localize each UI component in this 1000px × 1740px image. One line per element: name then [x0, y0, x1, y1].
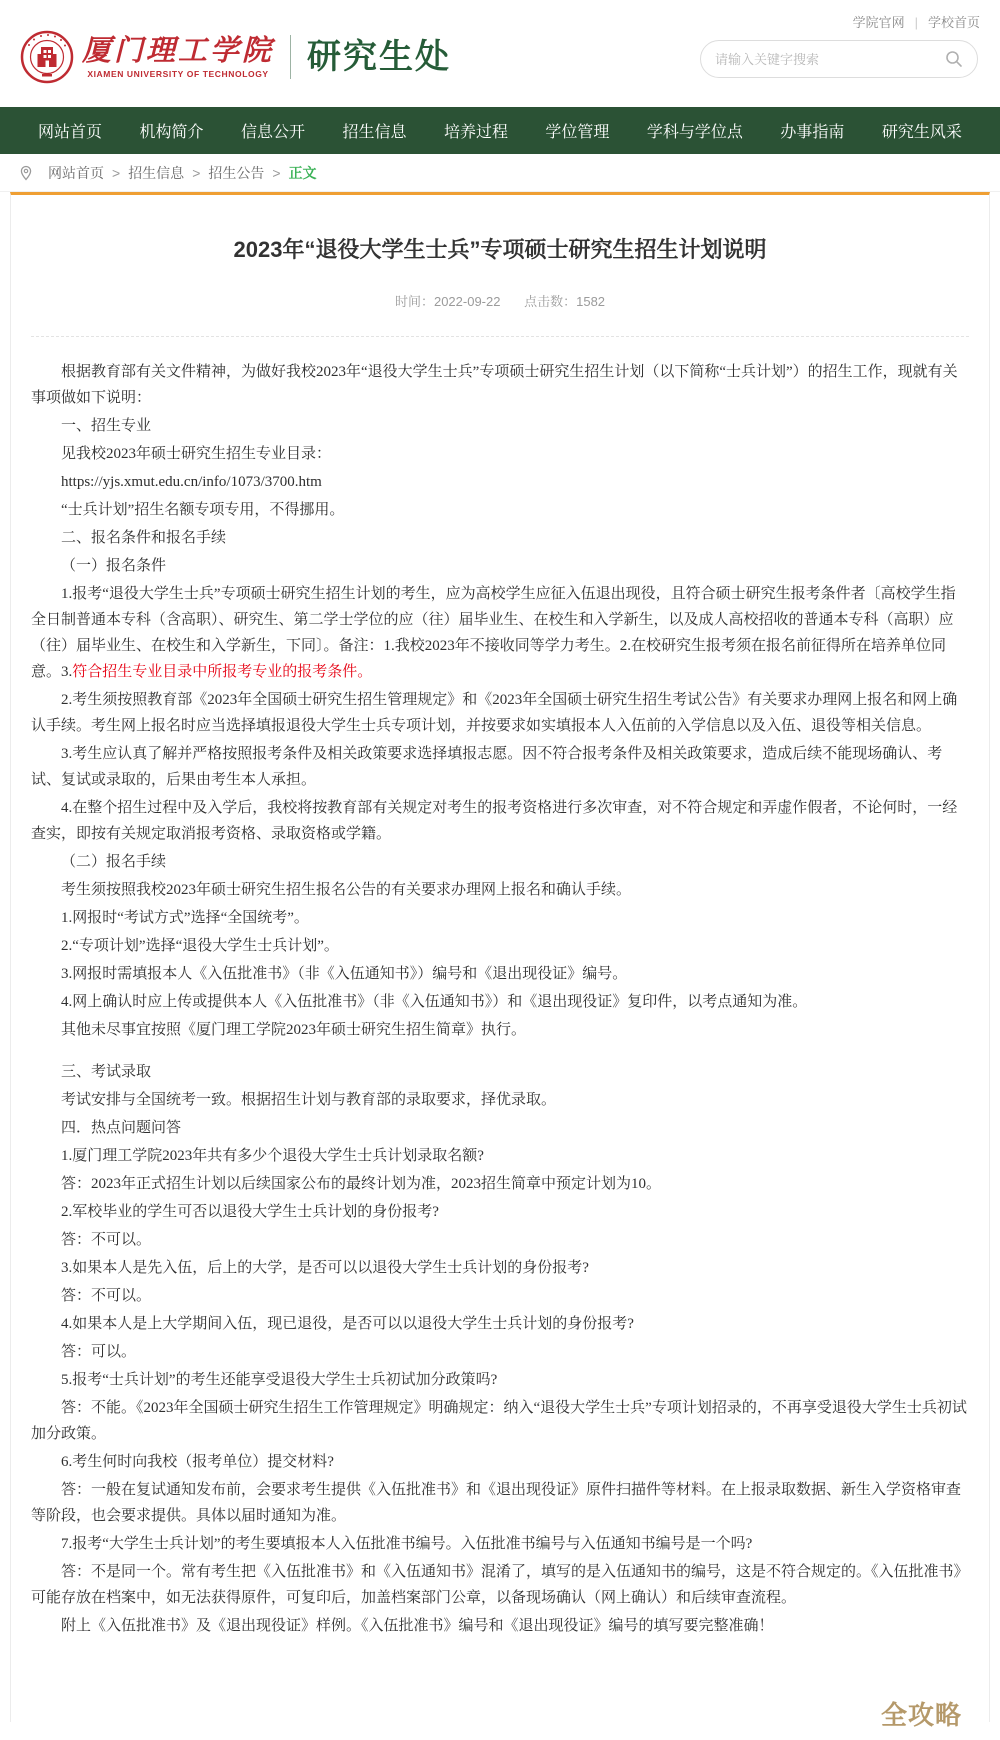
breadcrumb-link[interactable]: 招生信息	[128, 165, 184, 181]
article-paragraph: 6.考生何时向我校（报考单位）提交材料?	[31, 1449, 969, 1475]
highlighted-red-text: 符合招生专业目录中所报考专业的报考条件。	[72, 664, 372, 680]
article-paragraph: 三、考试录取	[31, 1059, 969, 1085]
article-paragraph: 根据教育部有关文件精神，为做好我校2023年“退役大学生士兵”专项硕士研究生招生…	[31, 359, 969, 411]
article-paragraph: 附上《入伍批准书》及《退出现役证》样例。《入伍批准书》编号和《退出现役证》编号的…	[31, 1613, 969, 1639]
search-icon[interactable]	[945, 50, 963, 68]
breadcrumb-trail: 网站首页>招生信息>招生公告>正文	[48, 163, 317, 183]
nav-item[interactable]: 招生信息	[342, 119, 406, 142]
breadcrumb-separator: >	[112, 165, 120, 181]
article-meta: 时间：2022-09-22 点击数：1582	[31, 291, 969, 310]
article-paragraph: 4.在整个招生过程中及入学后，我校将按教育部有关规定对考生的报考资格进行多次审查…	[31, 795, 969, 847]
article-paragraph: 3.如果本人是先入伍，后上的大学，是否可以以退役大学生士兵计划的身份报考?	[31, 1255, 969, 1281]
article-body: 根据教育部有关文件精神，为做好我校2023年“退役大学生士兵”专项硕士研究生招生…	[31, 351, 969, 1639]
search-box[interactable]	[700, 40, 978, 78]
article-paragraph: 答：一般在复试通知发布前，会要求考生提供《入伍批准书》和《退出现役证》原件扫描件…	[31, 1477, 969, 1529]
article-paragraph: 1.报考“退役大学生士兵”专项硕士研究生招生计划的考生，应为高校学生应征入伍退出…	[31, 581, 969, 685]
breadcrumb-current: 正文	[289, 165, 317, 181]
article-paragraph: https://yjs.xmut.edu.cn/info/1073/3700.h…	[31, 469, 969, 495]
watermark-badge: 全攻略	[881, 1695, 962, 1732]
article-paragraph: 2.“专项计划”选择“退役大学生士兵计划”。	[31, 933, 969, 959]
nav-item[interactable]: 信息公开	[241, 119, 305, 142]
article-paragraph: 2.考生须按照教育部《2023年全国硕士研究生招生管理规定》和《2023年全国硕…	[31, 687, 969, 739]
article-paragraph: 4.如果本人是上大学期间入伍，现已退役，是否可以以退役大学生士兵计划的身份报考?	[31, 1311, 969, 1337]
article-paragraph: 二、报名条件和报名手续	[31, 525, 969, 551]
breadcrumb: 网站首页>招生信息>招生公告>正文	[0, 154, 1000, 192]
article-paragraph: “士兵计划”招生名额专项专用，不得挪用。	[31, 497, 969, 523]
nav-item[interactable]: 学位管理	[545, 119, 609, 142]
article-paragraph: 考试安排与全国统考一致。根据招生计划与教育部的录取要求，择优录取。	[31, 1087, 969, 1113]
article-paragraph: 见我校2023年硕士研究生招生专业目录：	[31, 441, 969, 467]
article-paragraph: 答：2023年正式招生计划以后续国家公布的最终计划为准，2023招生简章中预定计…	[31, 1171, 969, 1197]
nav-item[interactable]: 培养过程	[444, 119, 508, 142]
site-header: 厦门理工学院 XIAMEN UNIVERSITY OF TECHNOLOGY 研…	[0, 0, 1000, 107]
university-name-block: 厦门理工学院 XIAMEN UNIVERSITY OF TECHNOLOGY	[82, 36, 274, 79]
nav-item[interactable]: 办事指南	[780, 119, 844, 142]
article-paragraph: 其他未尽事宜按照《厦门理工学院2023年硕士研究生招生简章》执行。	[31, 1017, 969, 1043]
article-paragraph: （一）报名条件	[31, 553, 969, 579]
university-name-en: XIAMEN UNIVERSITY OF TECHNOLOGY	[82, 69, 274, 79]
main-nav: 网站首页机构简介信息公开招生信息培养过程学位管理学科与学位点办事指南研究生风采	[0, 107, 1000, 154]
article-card: 2023年“退役大学生士兵”专项硕士研究生招生计划说明 时间：2022-09-2…	[10, 192, 990, 1722]
article-paragraph: 考生须按照我校2023年硕士研究生招生报名公告的有关要求办理网上报名和确认手续。	[31, 877, 969, 903]
article-paragraph: 答：不能。《2023年全国硕士研究生招生工作管理规定》明确规定：纳入“退役大学生…	[31, 1395, 969, 1447]
article-paragraph: 2.军校毕业的学生可否以退役大学生士兵计划的身份报考?	[31, 1199, 969, 1225]
breadcrumb-separator: >	[272, 165, 280, 181]
site-title: 研究生处	[307, 30, 451, 84]
nav-item[interactable]: 学科与学位点	[647, 119, 743, 142]
article-time: 时间：2022-09-22	[395, 294, 501, 309]
nav-item[interactable]: 机构简介	[139, 119, 203, 142]
article-paragraph: 7.报考“大学生士兵计划”的考生要填报本人入伍批准书编号。入伍批准书编号与入伍通…	[31, 1531, 969, 1557]
article-paragraph: 3.网报时需填报本人《入伍批准书》（非《入伍通知书》）编号和《退出现役证》编号。	[31, 961, 969, 987]
article-paragraph: 1.厦门理工学院2023年共有多少个退役大学生士兵计划录取名额?	[31, 1143, 969, 1169]
nav-item[interactable]: 网站首页	[38, 119, 102, 142]
article-paragraph: 答：不可以。	[31, 1227, 969, 1253]
location-pin-icon	[18, 165, 34, 181]
university-seal-icon	[20, 30, 74, 84]
article-paragraph: 答：可以。	[31, 1339, 969, 1365]
nav-item[interactable]: 研究生风采	[882, 119, 962, 142]
breadcrumb-separator: >	[192, 165, 200, 181]
university-name-cn: 厦门理工学院	[82, 36, 274, 66]
article-paragraph: 答：不可以。	[31, 1283, 969, 1309]
brand-block[interactable]: 厦门理工学院 XIAMEN UNIVERSITY OF TECHNOLOGY 研…	[20, 30, 451, 84]
article-title: 2023年“退役大学生士兵”专项硕士研究生招生计划说明	[31, 195, 969, 265]
article-paragraph: 4.网上确认时应上传或提供本人《入伍批准书》（非《入伍通知书》）和《退出现役证》…	[31, 989, 969, 1015]
article-paragraph: 5.报考“士兵计划”的考生还能享受退役大学生士兵初试加分政策吗?	[31, 1367, 969, 1393]
article-paragraph: 3.考生应认真了解并严格按照报考条件及相关政策要求选择填报志愿。因不符合报考条件…	[31, 741, 969, 793]
breadcrumb-link[interactable]: 网站首页	[48, 165, 104, 181]
article-paragraph: 1.网报时“考试方式”选择“全国统考”。	[31, 905, 969, 931]
article-paragraph: 四．热点问题问答	[31, 1115, 969, 1141]
article-hits: 点击数：1582	[524, 294, 605, 309]
main-nav-list: 网站首页机构简介信息公开招生信息培养过程学位管理学科与学位点办事指南研究生风采	[0, 107, 1000, 154]
breadcrumb-link[interactable]: 招生公告	[208, 165, 264, 181]
article-paragraph: 一、招生专业	[31, 413, 969, 439]
article-paragraph: （二）报名手续	[31, 849, 969, 875]
article-paragraph: 答：不是同一个。常有考生把《入伍批准书》和《入伍通知书》混淆了，填写的是入伍通知…	[31, 1559, 969, 1611]
meta-divider	[31, 336, 969, 337]
brand-divider	[290, 35, 291, 79]
search-input[interactable]	[715, 52, 945, 67]
